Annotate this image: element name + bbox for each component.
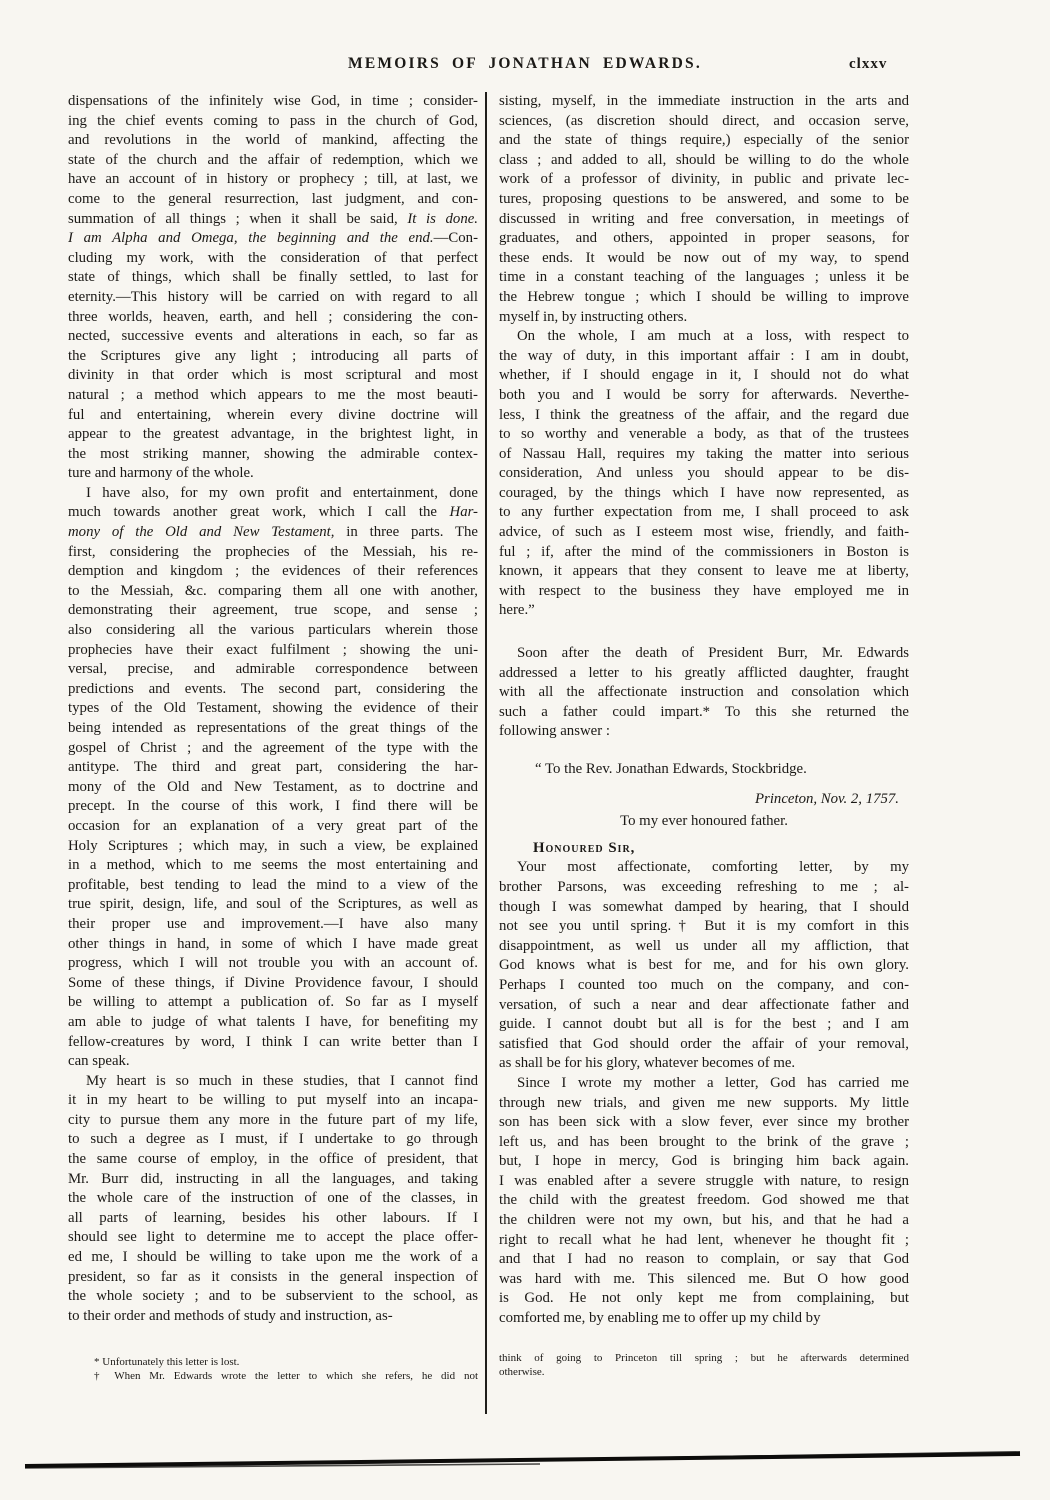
text-line: the way of duty, in this important affai… xyxy=(499,347,909,367)
text-line: here.” xyxy=(499,601,909,621)
text-line: graduates, and others, appointed in prop… xyxy=(499,229,909,249)
text-line: the Scriptures give any light ; introduc… xyxy=(68,347,478,367)
text-line: demonstrating their agreement, true scop… xyxy=(68,601,478,621)
text-line: these ends. It would be now out of my wa… xyxy=(499,249,909,269)
text-line: all parts of learning, besides his other… xyxy=(68,1209,478,1229)
text-line: both you and I would be sorry for afterw… xyxy=(499,386,909,406)
paragraph: I have also, for my own profit and enter… xyxy=(68,484,478,1072)
text-line: ful and entertaining, wherein every divi… xyxy=(68,406,478,426)
text-line: discussed in writing and free conversati… xyxy=(499,210,909,230)
text-line: first, considering the prophecies of the… xyxy=(68,543,478,563)
text-line: was hard with me. This silenced me. But … xyxy=(499,1270,909,1290)
paragraph: Soon after the death of President Burr, … xyxy=(499,644,909,742)
text-line: I am Alpha and Omega, the beginning and … xyxy=(68,229,478,249)
text-line: Mr. Burr did, instructing in all the lan… xyxy=(68,1170,478,1190)
text-line: Some of these things, if Divine Providen… xyxy=(68,974,478,994)
text-line: fellow-creatures by word, I think I can … xyxy=(68,1033,478,1053)
paragraph: My heart is so much in these studies, th… xyxy=(68,1072,478,1327)
text-line: versation, of such a near and dear affec… xyxy=(499,996,909,1016)
text-line: God knows what is best for me, and for h… xyxy=(499,956,909,976)
dateline-line: Princeton, Nov. 2, 1757. xyxy=(499,790,909,810)
text-line: ed me, I should be willing to take upon … xyxy=(68,1248,478,1268)
address-line: “ To the Rev. Jonathan Edwards, Stockbri… xyxy=(499,760,909,780)
footnote-line: † When Mr. Edwards wrote the letter to w… xyxy=(94,1370,478,1384)
text-line: city to pursue them any more in the futu… xyxy=(68,1111,478,1131)
text-line: with respect to the business they have e… xyxy=(499,582,909,602)
text-line: three worlds, heaven, earth, and hell ; … xyxy=(68,308,478,328)
salutation-line: Honoured Sir, xyxy=(499,839,909,859)
text-line: their proper use and improvement.—I have… xyxy=(68,915,478,935)
text-line: though I was somewhat damped by hearing,… xyxy=(499,898,909,918)
text-line: and that I had no reason to complain, or… xyxy=(499,1250,909,1270)
page-title: MEMOIRS OF JONATHAN EDWARDS. xyxy=(0,55,1050,73)
text-line: types of the Old Testament, showing the … xyxy=(68,699,478,719)
paragraph: Your most affectionate, comforting lette… xyxy=(499,858,909,1074)
text-line: versal, precise, and admirable correspon… xyxy=(68,660,478,680)
paragraph: On the whole, I am much at a loss, with … xyxy=(499,327,909,621)
text-line: but, I hope in mercy, God is bringing hi… xyxy=(499,1152,909,1172)
text-line: state of the church and the affair of re… xyxy=(68,151,478,171)
text-line: other things in hand, in some of which I… xyxy=(68,935,478,955)
text-line: profitable, best tending to lead the min… xyxy=(68,876,478,896)
address-block: “ To the Rev. Jonathan Edwards, Stockbri… xyxy=(499,760,909,780)
text-line: through new trials, and given me new sup… xyxy=(499,1094,909,1114)
text-line: Soon after the death of President Burr, … xyxy=(499,644,909,664)
text-line: the whole society ; and to be subservien… xyxy=(68,1287,478,1307)
text-line: addressed a letter to his greatly afflic… xyxy=(499,664,909,684)
text-line: consideration, And unless you should app… xyxy=(499,464,909,484)
text-line: to such a degree as I must, if I underta… xyxy=(68,1130,478,1150)
left-footnotes: * Unfortunately this letter is lost.† Wh… xyxy=(68,1356,478,1384)
dateline-block: Princeton, Nov. 2, 1757. xyxy=(499,790,909,810)
paragraph: sisting, myself, in the immediate instru… xyxy=(499,92,909,327)
text-line: whether, if I should engage in it, I sho… xyxy=(499,366,909,386)
paragraph: Since I wrote my mother a letter, God ha… xyxy=(499,1074,909,1329)
text-line: predictions and events. The second part,… xyxy=(68,680,478,700)
salutation-block: Honoured Sir, xyxy=(499,839,909,859)
text-line: have an account of in history or prophec… xyxy=(68,170,478,190)
text-line: demption and kingdom ; the evidences of … xyxy=(68,562,478,582)
text-line: natural ; a method which appears to me t… xyxy=(68,386,478,406)
scan-edge-artifact xyxy=(0,1438,1050,1488)
text-line: state of things, which shall be finally … xyxy=(68,268,478,288)
text-line: sisting, myself, in the immediate instru… xyxy=(499,92,909,112)
text-line: following answer : xyxy=(499,722,909,742)
text-line: guide. I cannot doubt but all is for the… xyxy=(499,1015,909,1035)
text-line: Perhaps I counted too much on the compan… xyxy=(499,976,909,996)
text-line: with all the affectionate instruction an… xyxy=(499,683,909,703)
text-line: the Hebrew tongue ; which I should be wi… xyxy=(499,288,909,308)
text-line: time in a constant teaching of the langu… xyxy=(499,268,909,288)
left-column-text: dispensations of the infinitely wise God… xyxy=(68,92,478,1326)
text-line: myself in, by instructing others. xyxy=(499,308,909,328)
text-line: I was enabled after a severe struggle wi… xyxy=(499,1172,909,1192)
text-line: come to the general resurrection, last j… xyxy=(68,190,478,210)
center-block: To my ever honoured father. xyxy=(499,812,909,832)
text-line: work of a professor of divinity, in publ… xyxy=(499,170,909,190)
footnote-line: otherwise. xyxy=(499,1366,909,1380)
text-line: summation of all things ; when it shall … xyxy=(68,210,478,230)
text-line: Holy Scriptures ; which may, in such a v… xyxy=(68,837,478,857)
text-line: nected, successive events and alteration… xyxy=(68,327,478,347)
text-line: as shall be for his glory, whatever beco… xyxy=(499,1054,909,1074)
right-footnotes: think of going to Princeton till spring … xyxy=(499,1352,909,1380)
text-line: to their order and methods of study and … xyxy=(68,1307,478,1327)
text-line: Since I wrote my mother a letter, God ha… xyxy=(499,1074,909,1094)
text-line: occasion for an explanation of a very gr… xyxy=(68,817,478,837)
text-line: also considering all the various particu… xyxy=(68,621,478,641)
text-line: brother Parsons, was exceeding refreshin… xyxy=(499,878,909,898)
text-line: comforted me, by enabling me to offer up… xyxy=(499,1309,909,1329)
text-line: On the whole, I am much at a loss, with … xyxy=(499,327,909,347)
text-line: to the Messiah, &c. comparing them all o… xyxy=(68,582,478,602)
text-line: left us, and has been brought to the bri… xyxy=(499,1133,909,1153)
text-line: the same course of employ, in the office… xyxy=(68,1150,478,1170)
text-line: is God. He not only kept me from complai… xyxy=(499,1289,909,1309)
text-line: precept. In the course of this work, I f… xyxy=(68,797,478,817)
text-line: mony of the Old and New Testament, in th… xyxy=(68,523,478,543)
text-line: appear to the greatest advantage, in the… xyxy=(68,425,478,445)
page-number: clxxv xyxy=(849,56,887,73)
center-line: To my ever honoured father. xyxy=(499,812,909,832)
text-line: president, so far as it consists in the … xyxy=(68,1268,478,1288)
text-line: Your most affectionate, comforting lette… xyxy=(499,858,909,878)
text-line: cluding my work, with the consideration … xyxy=(68,249,478,269)
column-divider xyxy=(485,92,487,1414)
right-column: sisting, myself, in the immediate instru… xyxy=(499,92,909,1452)
book-page: MEMOIRS OF JONATHAN EDWARDS. clxxv dispe… xyxy=(0,0,1050,1500)
text-line: known, it appears that they consent to l… xyxy=(499,562,909,582)
text-line: the children were not my own, but his, a… xyxy=(499,1211,909,1231)
footnote-line: * Unfortunately this letter is lost. xyxy=(94,1356,478,1370)
text-line: disappointment, as well us under all my … xyxy=(499,937,909,957)
text-line: am able to judge of what talents I have,… xyxy=(68,1013,478,1033)
text-line: the child with the greatest freedom. God… xyxy=(499,1191,909,1211)
text-line: ing the chief events coming to pass in t… xyxy=(68,112,478,132)
text-line: and revolutions in the world of mankind,… xyxy=(68,131,478,151)
text-line: ture and harmony of the whole. xyxy=(68,464,478,484)
text-line: gospel of Christ ; and the agreement of … xyxy=(68,739,478,759)
text-line: the most striking manner, showing the ad… xyxy=(68,445,478,465)
text-line: sciences, (as discretion should direct, … xyxy=(499,112,909,132)
paragraph: dispensations of the infinitely wise God… xyxy=(68,92,478,484)
text-line: such a father could impart.* To this she… xyxy=(499,703,909,723)
text-line: eternity.—This history will be carried o… xyxy=(68,288,478,308)
text-line: can speak. xyxy=(68,1052,478,1072)
text-line: of Nassau Hall, requires my taking the m… xyxy=(499,445,909,465)
text-line: and the state of things require,) especi… xyxy=(499,131,909,151)
text-line: advice, of such as I esteem most wise, f… xyxy=(499,523,909,543)
text-line: dispensations of the infinitely wise God… xyxy=(68,92,478,112)
text-line: progress, which I will not trouble you w… xyxy=(68,954,478,974)
text-line: much towards another great work, which I… xyxy=(68,503,478,523)
text-line: not see you until spring.† But it is my … xyxy=(499,917,909,937)
text-line: should see light to determine me to acce… xyxy=(68,1228,478,1248)
text-line: satisfied that God should order the affa… xyxy=(499,1035,909,1055)
text-line: be willing to attempt a publication of. … xyxy=(68,993,478,1013)
left-column: dispensations of the infinitely wise God… xyxy=(68,92,478,1452)
right-column-text: sisting, myself, in the immediate instru… xyxy=(499,92,909,1329)
running-head: MEMOIRS OF JONATHAN EDWARDS. clxxv xyxy=(0,55,1050,79)
text-line: My heart is so much in these studies, th… xyxy=(68,1072,478,1092)
text-line: to so worthy and venerable a body, as th… xyxy=(499,425,909,445)
text-line: mony of the Old and New Testament, as to… xyxy=(68,778,478,798)
text-line: I have also, for my own profit and enter… xyxy=(68,484,478,504)
text-line: to any further expectation from me, I sh… xyxy=(499,503,909,523)
text-line: tures, proposing questions to be answere… xyxy=(499,190,909,210)
text-line: in a method, which to me seems the most … xyxy=(68,856,478,876)
text-line: class ; and added to all, should be will… xyxy=(499,151,909,171)
text-line: being intended as representations of the… xyxy=(68,719,478,739)
text-line: less, I think the greatness of the affai… xyxy=(499,406,909,426)
text-line: prophecies have their exact fulfilment ;… xyxy=(68,641,478,661)
text-line: couraged, by the things which I have now… xyxy=(499,484,909,504)
text-line: son has been sick with a slow fever, eve… xyxy=(499,1113,909,1133)
text-line: divinity in that order which is most scr… xyxy=(68,366,478,386)
text-line: right to recall what he had lent, whenev… xyxy=(499,1231,909,1251)
text-line: it in my heart to be willing to put myse… xyxy=(68,1091,478,1111)
text-line: true spirit, design, life, and soul of t… xyxy=(68,895,478,915)
text-line: antitype. The third and great part, cons… xyxy=(68,758,478,778)
text-line: ful ; if, after the mind of the commissi… xyxy=(499,543,909,563)
footnote-line: think of going to Princeton till spring … xyxy=(499,1352,909,1366)
text-line: the whole care of the instruction of one… xyxy=(68,1189,478,1209)
